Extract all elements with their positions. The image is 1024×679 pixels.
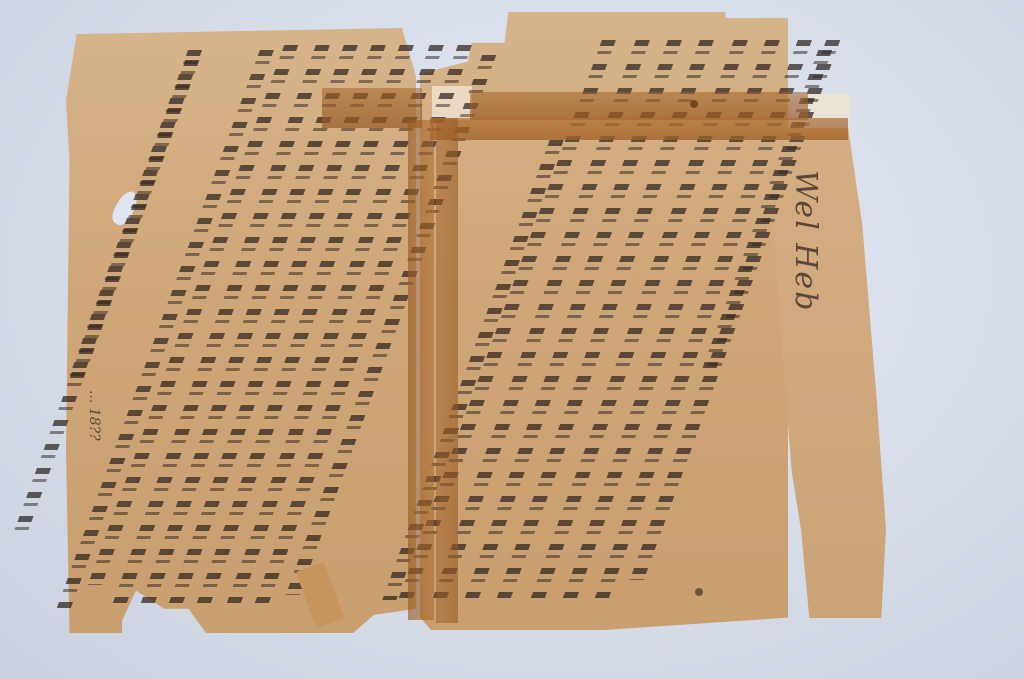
tape-strip-horizontal bbox=[322, 88, 422, 128]
tape-strip-horizontal bbox=[470, 92, 808, 120]
tape-strip-horizontal bbox=[430, 118, 848, 140]
ink-blot bbox=[695, 588, 703, 596]
letter-date-line: ... 18?? bbox=[86, 390, 102, 441]
tape-strip-vertical bbox=[436, 118, 458, 623]
tape-strip-vertical bbox=[408, 120, 434, 620]
side-strip-heading: Wel Heb bbox=[788, 170, 823, 312]
